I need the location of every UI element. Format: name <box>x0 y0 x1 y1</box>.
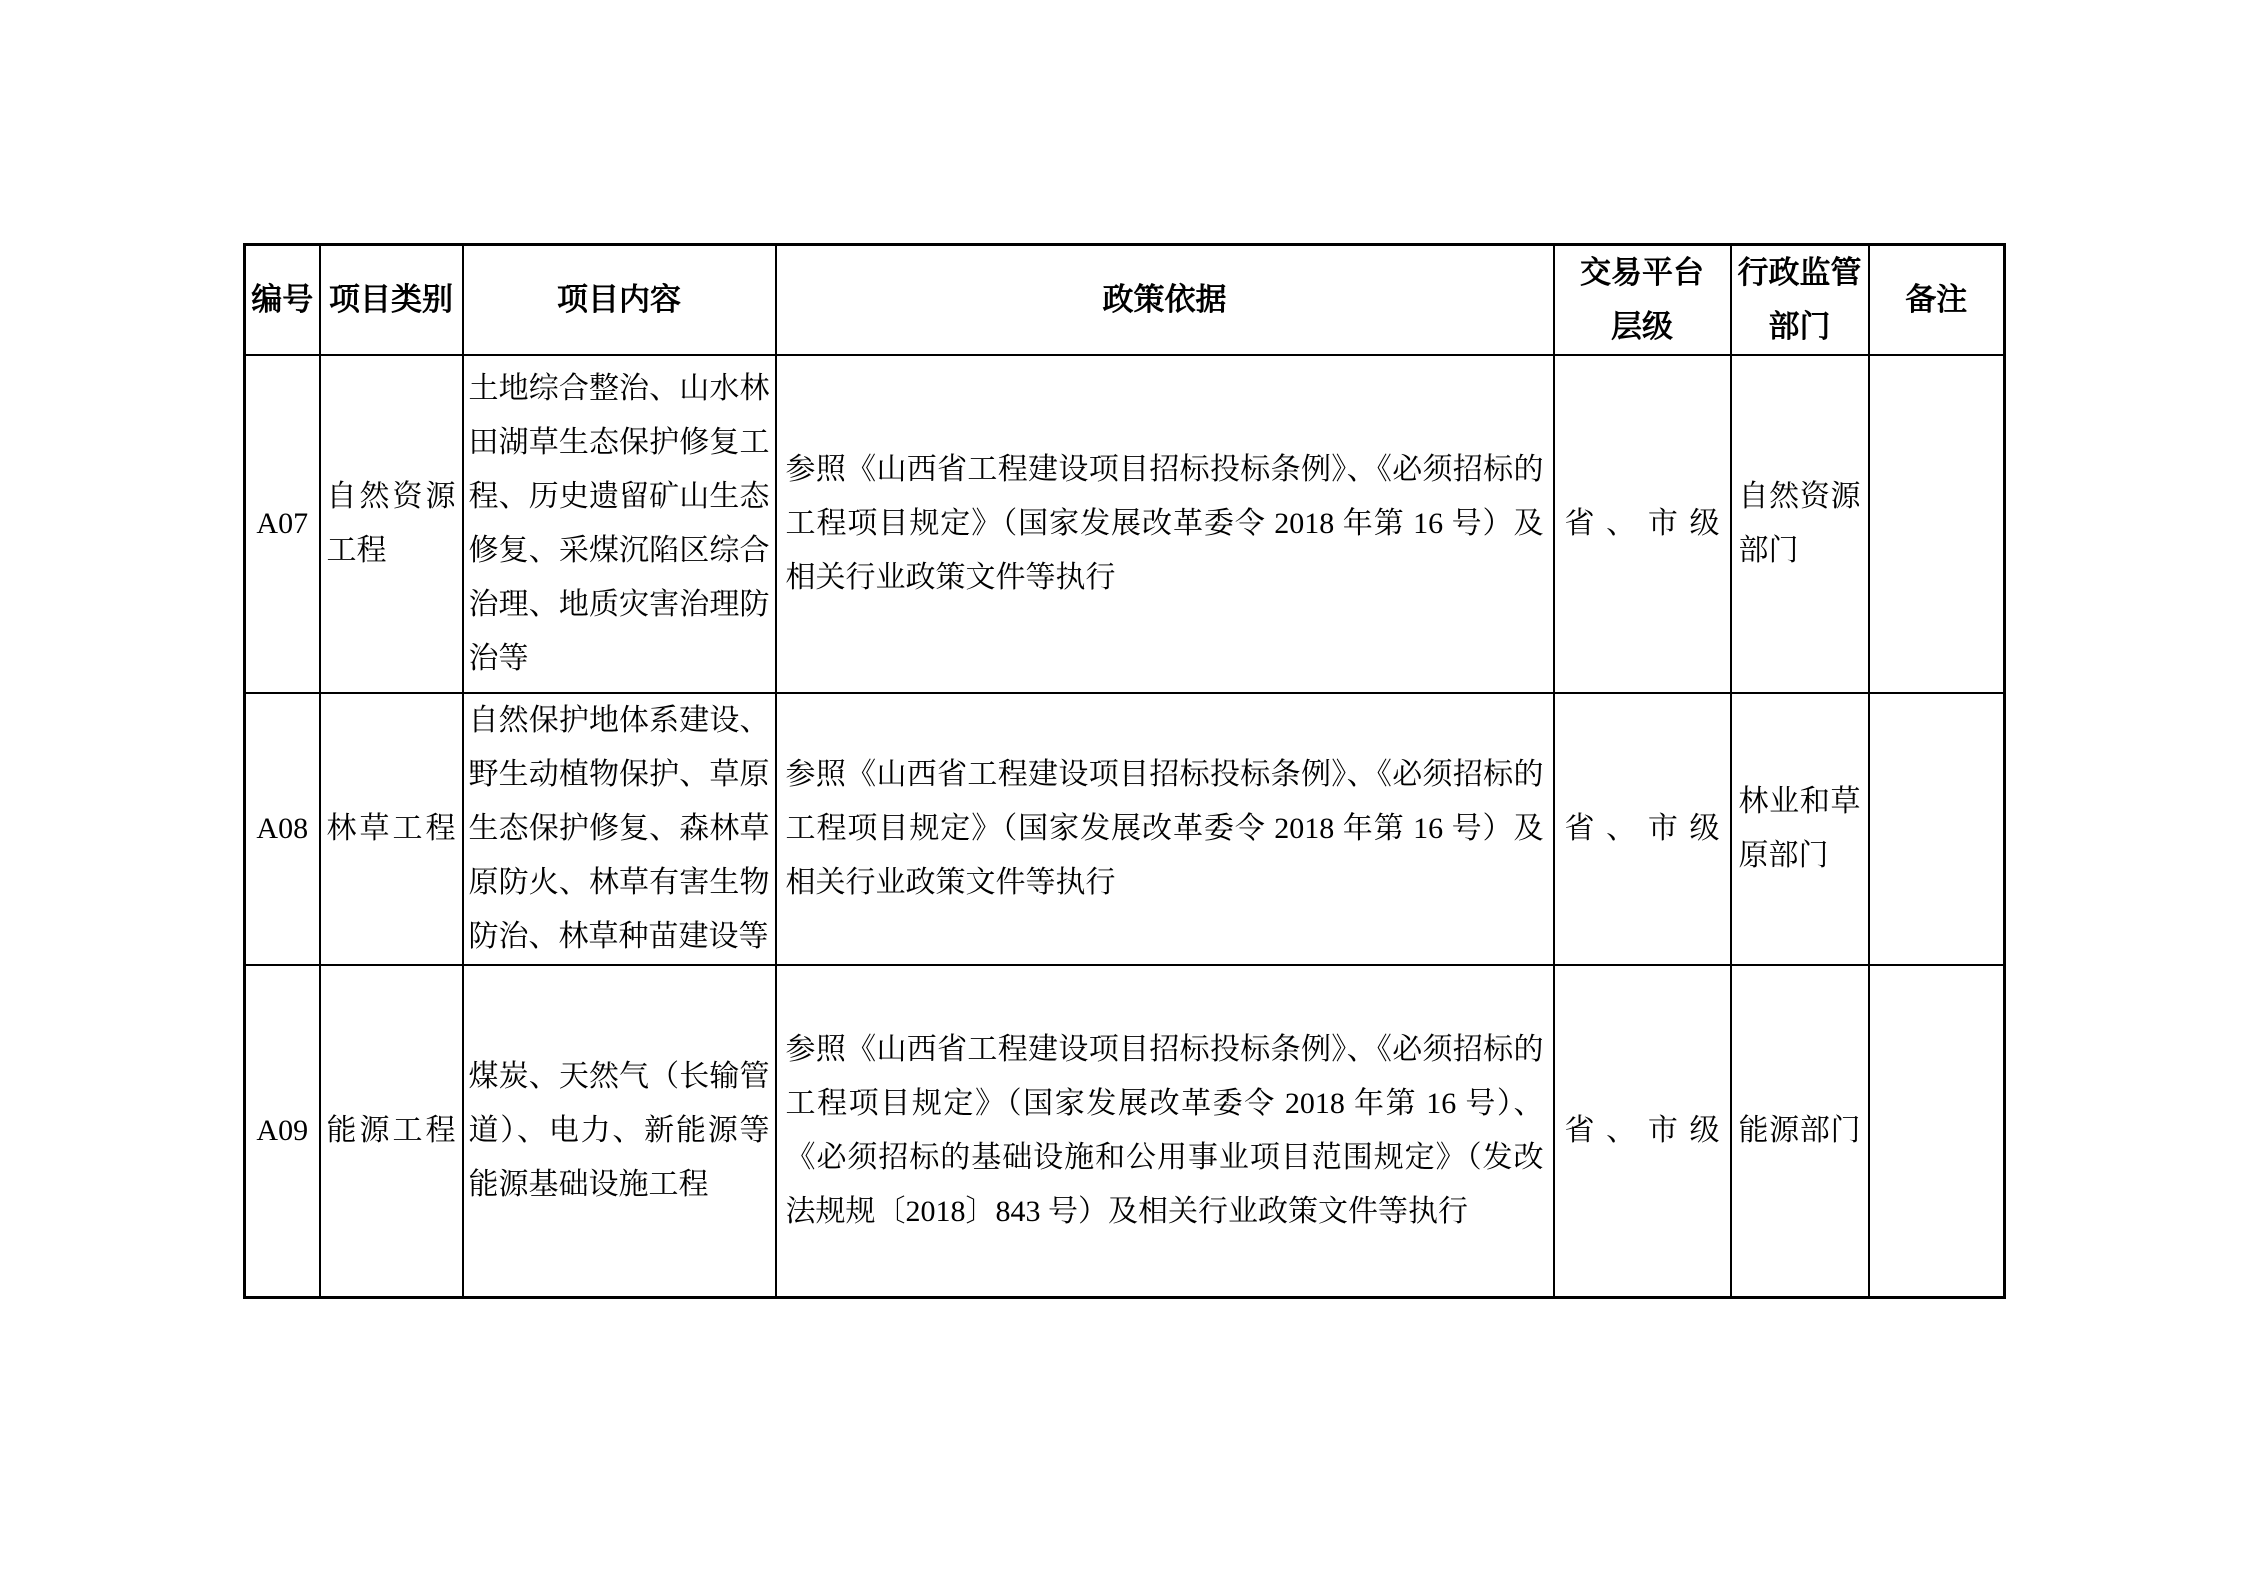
document-page: 编号 项目类别 项目内容 政策依据 交易平台 层级 行政监管 部门 备注 A07… <box>0 0 2245 1587</box>
cell-content: 自然保护地体系建设、野生动植物保护、草原生态保护修复、森林草原防火、林草有害生物… <box>463 693 776 965</box>
header-regulator-line1: 行政监管 <box>1732 246 1868 300</box>
header-remark: 备注 <box>1869 245 2005 356</box>
cell-category: 林草工程 <box>320 693 463 965</box>
cell-platform: 省、市级 <box>1554 965 1731 1297</box>
header-category: 项目类别 <box>320 245 463 356</box>
header-id: 编号 <box>245 245 320 356</box>
cell-remark <box>1869 355 2005 693</box>
cell-remark <box>1869 693 2005 965</box>
cell-category: 能源工程 <box>320 965 463 1297</box>
cell-regulator: 能源部门 <box>1731 965 1869 1297</box>
cell-id: A07 <box>245 355 320 693</box>
header-content: 项目内容 <box>463 245 776 356</box>
cell-policy: 参照《山西省工程建设项目招标投标条例》、《必须招标的工程项目规定》（国家发展改革… <box>776 355 1554 693</box>
project-policy-table: 编号 项目类别 项目内容 政策依据 交易平台 层级 行政监管 部门 备注 A07… <box>243 243 2006 1299</box>
cell-platform: 省、市级 <box>1554 355 1731 693</box>
header-platform: 交易平台 层级 <box>1554 245 1731 356</box>
table-row-a09: A09 能源工程 煤炭、天然气（长输管道）、电力、新能源等能源基础设施工程 参照… <box>245 965 2005 1297</box>
cell-id: A08 <box>245 693 320 965</box>
header-row: 编号 项目类别 项目内容 政策依据 交易平台 层级 行政监管 部门 备注 <box>245 245 2005 356</box>
cell-regulator: 林业和草原部门 <box>1731 693 1869 965</box>
table-row-a08: A08 林草工程 自然保护地体系建设、野生动植物保护、草原生态保护修复、森林草原… <box>245 693 2005 965</box>
cell-category: 自然资源工程 <box>320 355 463 693</box>
cell-policy: 参照《山西省工程建设项目招标投标条例》、《必须招标的工程项目规定》（国家发展改革… <box>776 693 1554 965</box>
cell-remark <box>1869 965 2005 1297</box>
cell-policy: 参照《山西省工程建设项目招标投标条例》、《必须招标的工程项目规定》（国家发展改革… <box>776 965 1554 1297</box>
header-platform-line2: 层级 <box>1555 300 1730 354</box>
cell-id: A09 <box>245 965 320 1297</box>
cell-regulator: 自然资源部门 <box>1731 355 1869 693</box>
header-platform-line1: 交易平台 <box>1555 246 1730 300</box>
cell-platform: 省、市级 <box>1554 693 1731 965</box>
cell-content: 煤炭、天然气（长输管道）、电力、新能源等能源基础设施工程 <box>463 965 776 1297</box>
table-row-a07: A07 自然资源工程 土地综合整治、山水林田湖草生态保护修复工程、历史遗留矿山生… <box>245 355 2005 693</box>
header-regulator: 行政监管 部门 <box>1731 245 1869 356</box>
cell-content: 土地综合整治、山水林田湖草生态保护修复工程、历史遗留矿山生态修复、采煤沉陷区综合… <box>463 355 776 693</box>
header-regulator-line2: 部门 <box>1732 300 1868 354</box>
header-policy: 政策依据 <box>776 245 1554 356</box>
